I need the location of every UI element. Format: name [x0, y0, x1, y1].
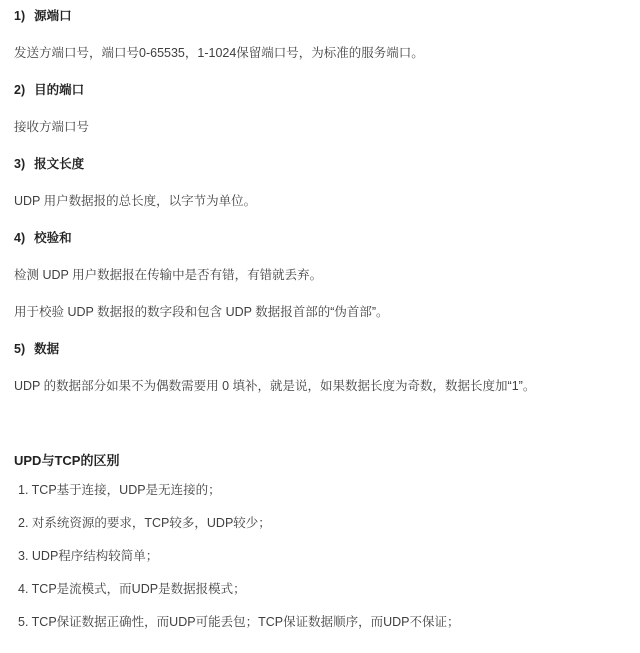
paragraph: UDP 用户数据报的总长度，以字节为单位。	[14, 195, 624, 208]
section-heading: 3)报文长度	[14, 158, 624, 171]
section-heading: 4)校验和	[14, 232, 624, 245]
section-title: 校验和	[34, 231, 72, 245]
udp-field-section-source-port: 1)源端口 发送方端口号，端口号0-65535，1-1024保留端口号，为标准的…	[14, 10, 624, 60]
list-item: 1. TCP基于连接，UDP是无连接的；	[18, 484, 624, 497]
section-number: 4)	[14, 232, 25, 245]
section-title: 目的端口	[34, 83, 84, 97]
list-item: 4. TCP是流模式，而UDP是数据报模式；	[18, 583, 624, 596]
list-item: 3. UDP程序结构较简单；	[18, 550, 624, 563]
section-number: 1)	[14, 10, 25, 23]
section-number: 3)	[14, 158, 25, 171]
paragraph: 发送方端口号，端口号0-65535，1-1024保留端口号，为标准的服务端口。	[14, 47, 624, 60]
udp-field-section-dest-port: 2)目的端口 接收方端口号	[14, 84, 624, 134]
section-title: 报文长度	[34, 157, 84, 171]
paragraph: 用于校验 UDP 数据报的数字段和包含 UDP 数据报首部的“伪首部”。	[14, 306, 624, 319]
section-title: 数据	[34, 342, 59, 356]
paragraph: UDP 的数据部分如果不为偶数需要用 0 填补，就是说，如果数据长度为奇数，数据…	[14, 380, 624, 393]
section-heading: 2)目的端口	[14, 84, 624, 97]
udp-field-section-length: 3)报文长度 UDP 用户数据报的总长度，以字节为单位。	[14, 158, 624, 208]
udp-tcp-comparison-section: UPD与TCP的区别 1. TCP基于连接，UDP是无连接的； 2. 对系统资源…	[14, 417, 624, 629]
article-body: 1)源端口 发送方端口号，端口号0-65535，1-1024保留端口号，为标准的…	[0, 0, 640, 629]
section-heading: 1)源端口	[14, 10, 624, 23]
paragraph: 接收方端口号	[14, 121, 624, 134]
paragraph: 检测 UDP 用户数据报在传输中是否有错，有错就丢弃。	[14, 269, 624, 282]
section-number: 5)	[14, 343, 25, 356]
section-title: 源端口	[34, 9, 72, 23]
section-heading: 5)数据	[14, 343, 624, 356]
comparison-heading: UPD与TCP的区别	[14, 454, 624, 467]
udp-field-section-data: 5)数据 UDP 的数据部分如果不为偶数需要用 0 填补，就是说，如果数据长度为…	[14, 343, 624, 393]
udp-field-section-checksum: 4)校验和 检测 UDP 用户数据报在传输中是否有错，有错就丢弃。 用于校验 U…	[14, 232, 624, 319]
list-item: 2. 对系统资源的要求，TCP较多，UDP较少；	[18, 517, 624, 530]
list-item: 5. TCP保证数据正确性，而UDP可能丢包；TCP保证数据顺序，而UDP不保证…	[18, 616, 624, 629]
section-number: 2)	[14, 84, 25, 97]
